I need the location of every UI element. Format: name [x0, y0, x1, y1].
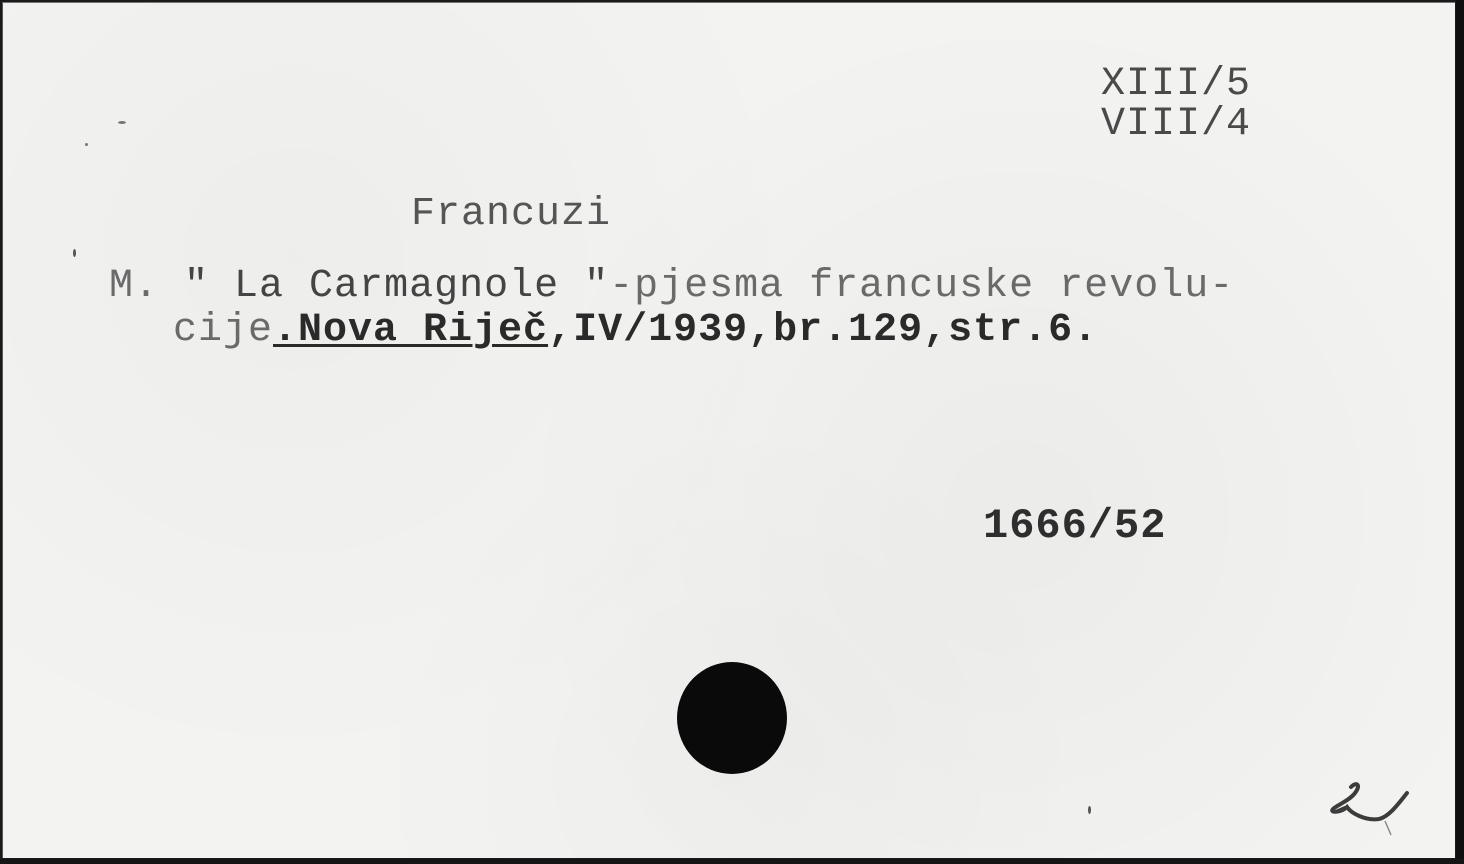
classmark-line-2: VIII/4 [1101, 102, 1251, 147]
accession-number: 1666/52 [983, 503, 1166, 549]
classmark: XIII/5 VIII/4 [1101, 65, 1251, 145]
source-publication: .Nova Riječ [273, 308, 548, 353]
entry-title: " La Carmagnole " [184, 264, 609, 309]
author-initial: M. [109, 264, 159, 309]
card-edge-shadow [1456, 0, 1464, 864]
paper-speck [85, 143, 88, 146]
entry-description-cont: cije [173, 308, 273, 353]
entry-line-2: cije.Nova Riječ,IV/1939,br.129,str.6. [173, 309, 1098, 353]
paper-speck [118, 121, 126, 124]
subject-heading: Francuzi [411, 193, 611, 237]
catalog-card: XIII/5 VIII/4 Francuzi M. " La Carmagnol… [2, 2, 1455, 858]
paper-speck [1088, 806, 1091, 814]
entry-description: -pjesma francuske revolu- [609, 264, 1234, 309]
source-citation: ,IV/1939,br.129,str.6. [548, 308, 1098, 353]
handwritten-mark-icon [1321, 779, 1411, 839]
paper-speck [73, 249, 76, 257]
classmark-line-1: XIII/5 [1101, 62, 1251, 107]
punch-hole-icon [677, 662, 787, 774]
entry-line-1: M. " La Carmagnole "-pjesma francuske re… [109, 265, 1234, 309]
card-edge-shadow [0, 859, 1464, 864]
